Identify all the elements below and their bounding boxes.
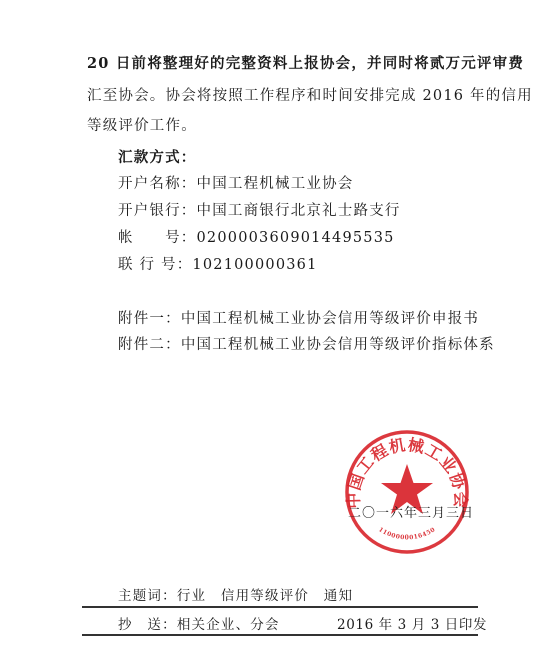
svg-text:1100000016450: 1100000016450 [377,526,437,541]
keywords-row: 主题词：行业 信用等级评价 通知 [118,584,353,604]
paragraph-line-3: 等级评价工作。 [87,114,197,135]
keywords-label: 主题词： [118,588,177,604]
footer-divider-bottom [82,634,478,636]
attachment-2-title: 中国工程机械工业协会信用等级评价指标体系 [181,337,495,353]
paragraph-line-1: 20 日前将整理好的完整资料上报协会，并同时将贰万元评审费 [87,52,524,73]
bank-label: 开户银行： [118,203,197,219]
issue-date: 2016 年 3 月 3 日印发 [337,613,487,633]
routing-number-row: 联 行 号：102100000361 [118,253,318,274]
official-seal-icon: 中国工程机械工业协会 1100000016450 [343,428,471,556]
bank-row: 开户银行：中国工商银行北京礼士路支行 [118,199,401,220]
footer-divider-top [82,606,478,608]
attachment-1-title: 中国工程机械工业协会信用等级评价申报书 [181,311,479,327]
bank-value: 中国工商银行北京礼士路支行 [197,203,401,219]
routing-number-value: 102100000361 [192,257,317,273]
cc-row: 抄 送：相关企业、分会 [118,613,280,633]
keywords-value: 行业 信用等级评价 通知 [177,588,353,604]
account-number-row: 帐 号：0200003609014495535 [118,226,395,247]
remittance-heading: 汇款方式： [118,146,197,167]
account-number-label: 帐 号： [118,230,197,246]
routing-number-label: 联 行 号： [118,257,192,273]
cc-value: 相关企业、分会 [177,617,280,633]
seal-code: 1100000016450 [377,526,437,541]
attachment-1: 附件一：中国工程机械工业协会信用等级评价申报书 [118,307,479,328]
account-name-value: 中国工程机械工业协会 [197,176,354,192]
attachment-2-label: 附件二： [118,337,181,353]
account-name-label: 开户名称： [118,176,197,192]
attachment-2: 附件二：中国工程机械工业协会信用等级评价指标体系 [118,333,495,354]
attachment-1-label: 附件一： [118,311,181,327]
signature-date: 二〇一六年三月三日 [348,502,474,521]
cc-label: 抄 送： [118,617,177,633]
account-name-row: 开户名称：中国工程机械工业协会 [118,172,354,193]
account-number-value: 0200003609014495535 [197,230,395,246]
paragraph-line-2: 汇至协会。协会将按照工作程序和时间安排完成 2016 年的信用 [87,84,533,105]
